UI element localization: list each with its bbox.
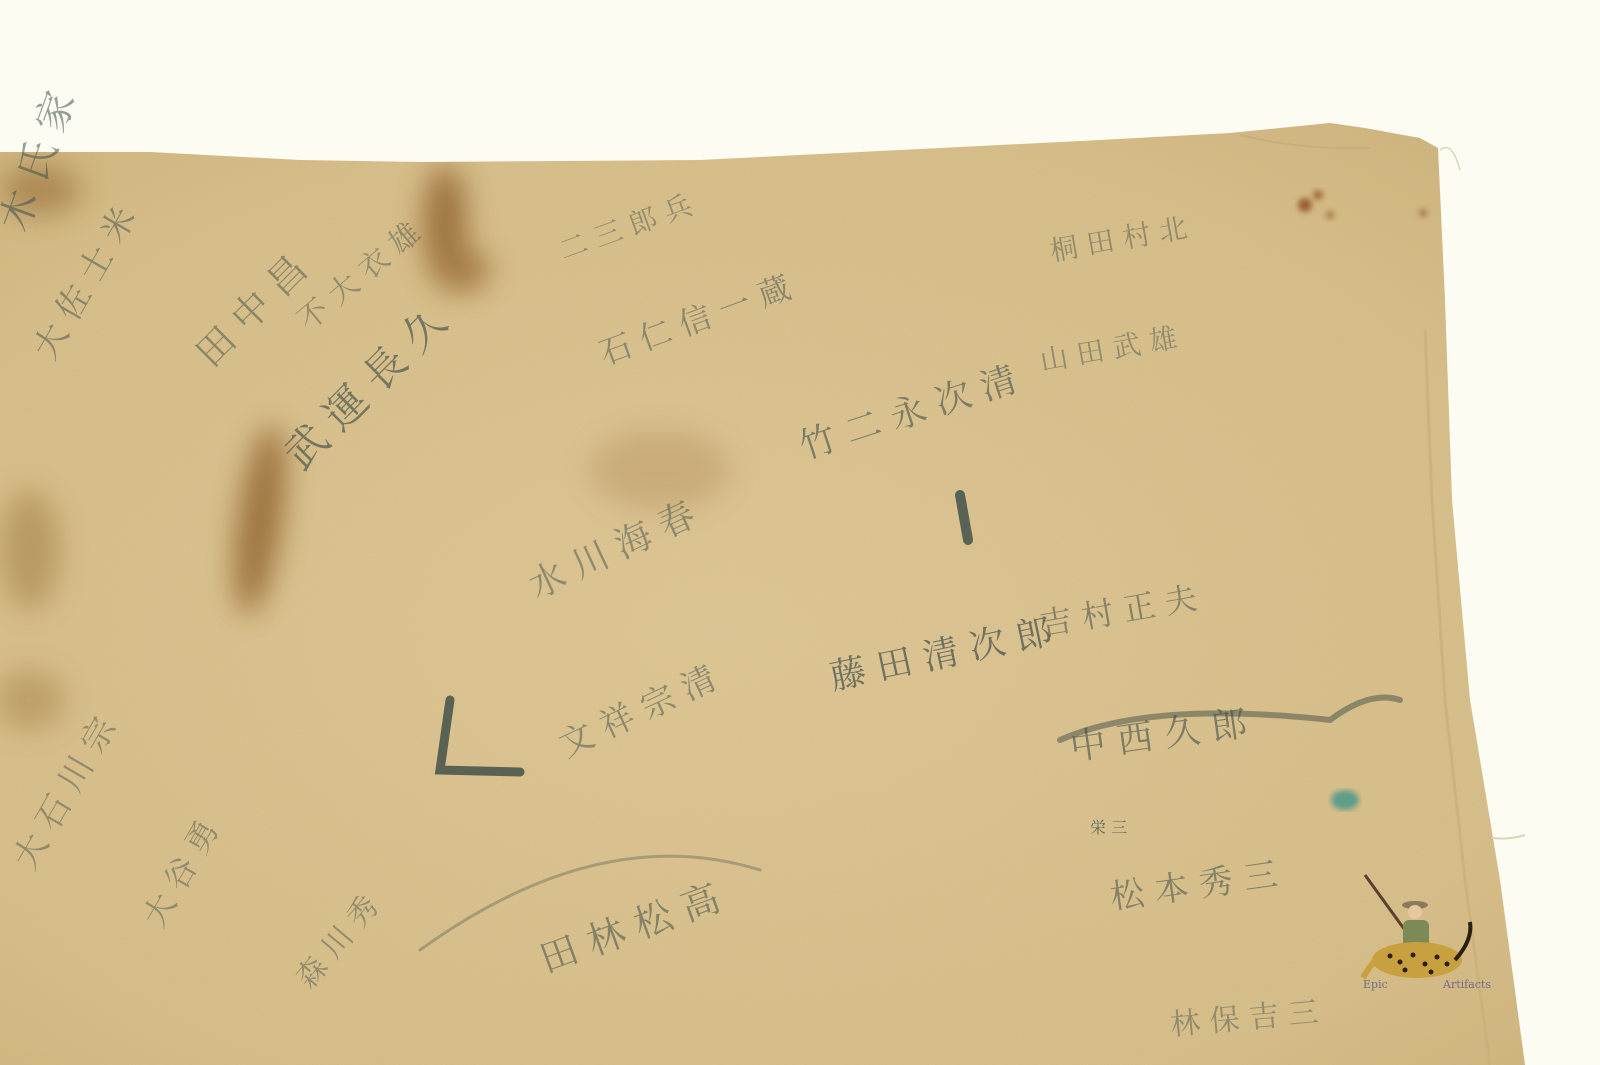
thread — [1440, 148, 1460, 171]
watermark-right-word: Artifacts — [1443, 978, 1491, 991]
watermark-left-word: Epic — [1363, 978, 1388, 991]
soldier-jaguar-icon — [1355, 860, 1515, 990]
ink-inscription: 栄 三 — [1090, 815, 1127, 838]
epic-artifacts-watermark: Epic Artifacts — [1355, 860, 1515, 1000]
